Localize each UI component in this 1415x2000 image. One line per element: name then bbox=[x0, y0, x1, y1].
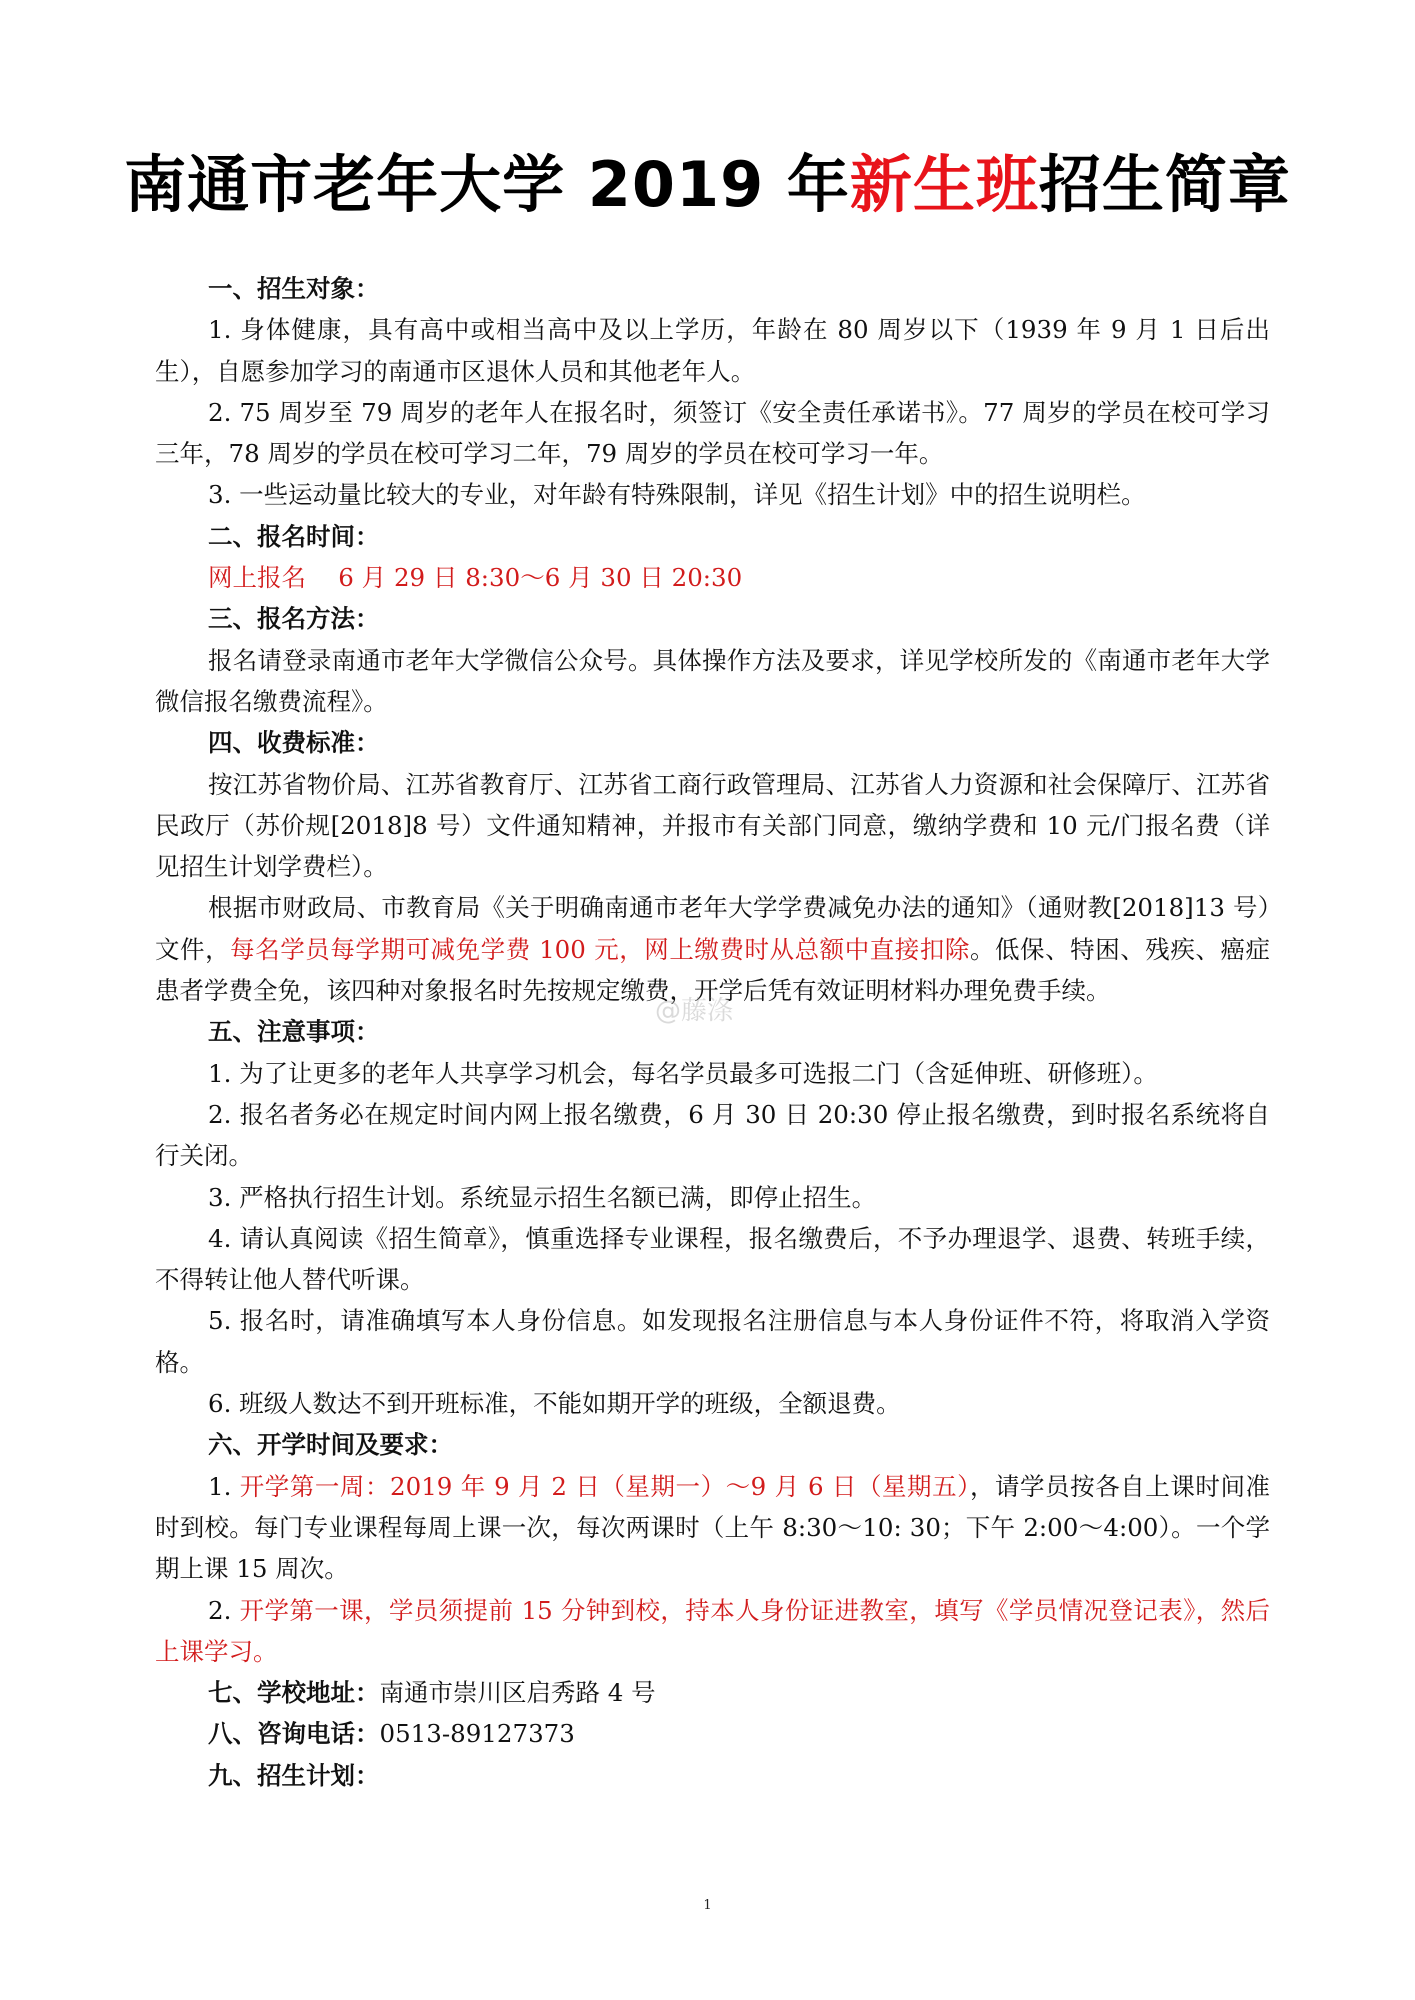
paragraph: 2. 75 周岁至 79 周岁的老年人在报名时，须签订《安全责任承诺书》。77 … bbox=[155, 392, 1270, 475]
address-value: 南通市崇川区启秀路 4 号 bbox=[380, 1678, 656, 1707]
watermark: @藤涤 bbox=[655, 990, 733, 1027]
section-heading-9: 九、招生计划： bbox=[155, 1755, 1270, 1796]
text-run: 2. bbox=[208, 1596, 240, 1625]
paragraph: 1. 身体健康，具有高中或相当高中及以上学历，年龄在 80 周岁以下（1939 … bbox=[155, 309, 1270, 392]
section-heading-7: 七、学校地址： bbox=[208, 1678, 380, 1707]
section-heading-3: 三、报名方法： bbox=[155, 598, 1270, 639]
section-heading-4: 四、收费标准： bbox=[155, 722, 1270, 763]
text-run: 1. bbox=[208, 1472, 240, 1501]
section-heading-8: 八、咨询电话： bbox=[208, 1719, 380, 1748]
title-highlight: 新生班 bbox=[850, 148, 1039, 221]
highlight-text: 每名学员每学期可减免学费 100 元，网上缴费时从总额中直接扣除 bbox=[230, 935, 970, 964]
list-item: 1. 为了让更多的老年人共享学习机会，每名学员最多可选报二门（含延伸班、研修班）… bbox=[155, 1053, 1270, 1094]
paragraph: 2. 开学第一课，学员须提前 15 分钟到校，持本人身份证进教室，填写《学员情况… bbox=[155, 1590, 1270, 1673]
highlight-text: 开学第一课，学员须提前 15 分钟到校，持本人身份证进教室，填写《学员情况登记表… bbox=[155, 1596, 1270, 1666]
list-item: 3. 严格执行招生计划。系统显示招生名额已满，即停止招生。 bbox=[155, 1177, 1270, 1218]
section-heading-1: 一、招生对象： bbox=[155, 268, 1270, 309]
list-item: 4. 请认真阅读《招生简章》，慎重选择专业课程，报名缴费后，不予办理退学、退费、… bbox=[155, 1218, 1270, 1301]
school-address: 七、学校地址：南通市崇川区启秀路 4 号 bbox=[155, 1672, 1270, 1713]
paragraph: 1. 开学第一周：2019 年 9 月 2 日（星期一）～9 月 6 日（星期五… bbox=[155, 1466, 1270, 1590]
paragraph: 报名请登录南通市老年大学微信公众号。具体操作方法及要求，详见学校所发的《南通市老… bbox=[155, 640, 1270, 723]
section-heading-6: 六、开学时间及要求： bbox=[155, 1424, 1270, 1465]
registration-time: 网上报名 6 月 29 日 8:30～6 月 30 日 20:30 bbox=[155, 557, 1270, 598]
section-heading-2: 二、报名时间： bbox=[155, 516, 1270, 557]
title-main: 南通市老年大学 2019 年 bbox=[124, 148, 850, 221]
title-suffix: 招生简章 bbox=[1039, 148, 1291, 221]
paragraph: 按江苏省物价局、江苏省教育厅、江苏省工商行政管理局、江苏省人力资源和社会保障厅、… bbox=[155, 764, 1270, 888]
document-body: 一、招生对象： 1. 身体健康，具有高中或相当高中及以上学历，年龄在 80 周岁… bbox=[155, 268, 1270, 1796]
paragraph: 3. 一些运动量比较大的专业，对年龄有特殊限制，详见《招生计划》中的招生说明栏。 bbox=[155, 474, 1270, 515]
phone-value: 0513-89127373 bbox=[380, 1719, 575, 1748]
highlight-text: 开学第一周：2019 年 9 月 2 日（星期一）～9 月 6 日（星期五） bbox=[240, 1472, 970, 1501]
page-title: 南通市老年大学 2019 年新生班招生简章 bbox=[0, 135, 1415, 224]
list-item: 2. 报名者务必在规定时间内网上报名缴费，6 月 30 日 20:30 停止报名… bbox=[155, 1094, 1270, 1177]
contact-phone: 八、咨询电话：0513-89127373 bbox=[155, 1713, 1270, 1754]
list-item: 6. 班级人数达不到开班标准，不能如期开学的班级，全额退费。 bbox=[155, 1383, 1270, 1424]
page-number: 1 bbox=[0, 1898, 1415, 1913]
list-item: 5. 报名时，请准确填写本人身份信息。如发现报名注册信息与本人身份证件不符，将取… bbox=[155, 1300, 1270, 1383]
